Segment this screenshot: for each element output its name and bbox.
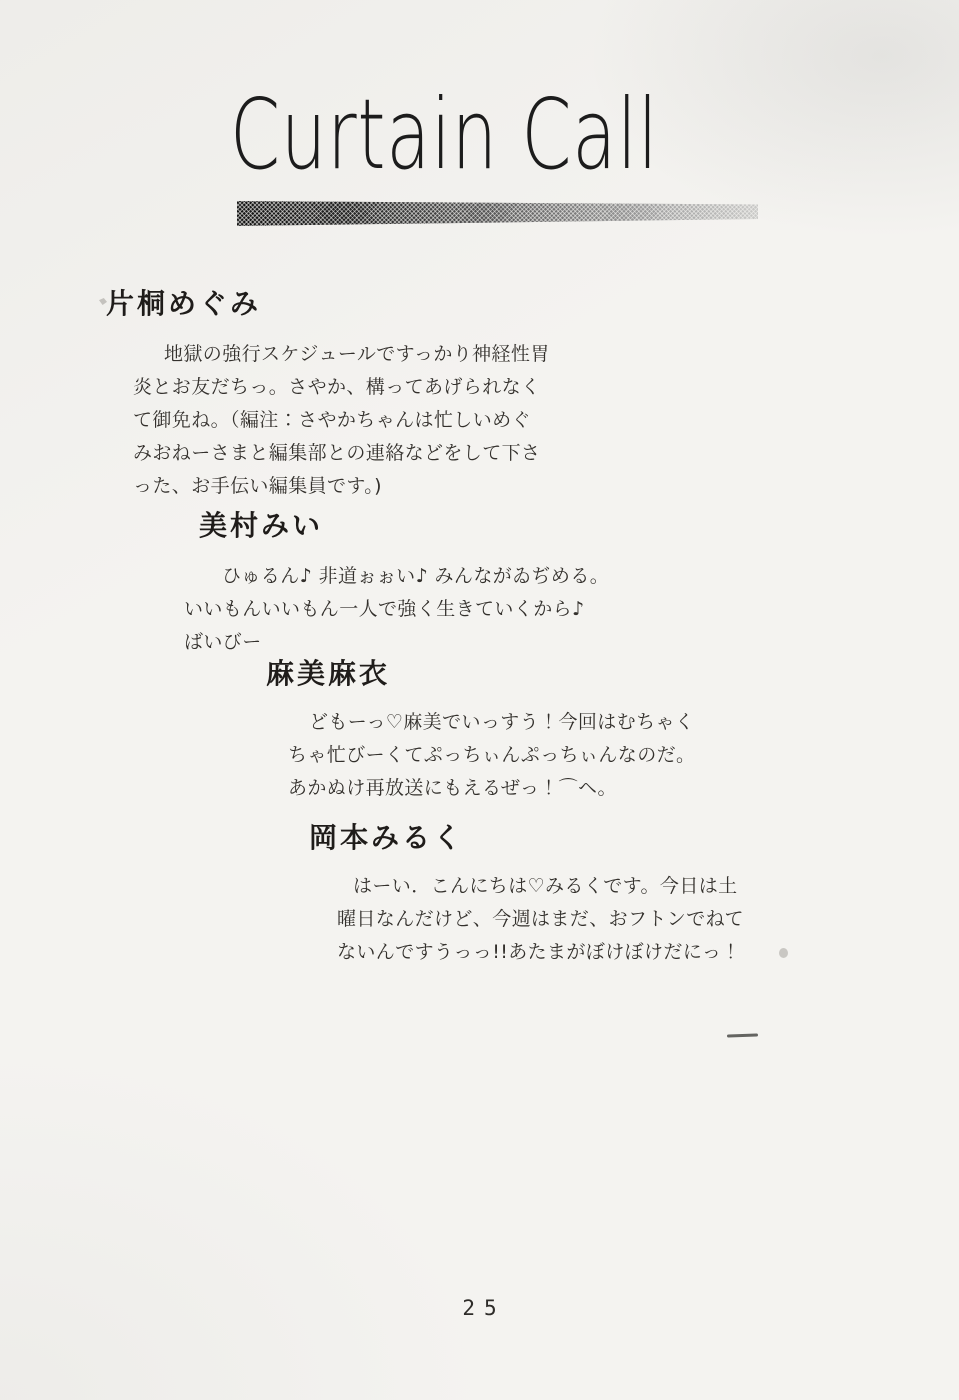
section-okamoto-miruku: 岡本みるく はーい．こんにちは♡みるくです。今日は土 曜日なんだけど、今週はまだ… — [309, 816, 464, 856]
author-comment: はーい．こんにちは♡みるくです。今日は土 曜日なんだけど、今週はまだ、おフトンで… — [337, 870, 744, 969]
comment-line: 炎とお友だちっ。さやか、構ってあげられなく — [133, 371, 550, 404]
comment-line: て御免ね。（編注：さやかちゃんは忙しいめぐ — [133, 404, 550, 437]
comment-line: みおねーさまと編集部との連絡などをして下さ — [133, 437, 550, 470]
scanned-afterword-page: Curtain Call 片桐めぐみ 地獄の強行スケジュールですっかり神経性胃 … — [0, 0, 959, 1400]
comment-line: ないんですうっっ!!あたまがぼけぼけだにっ！ — [337, 936, 744, 969]
page-title: Curtain Call — [230, 84, 658, 186]
author-comment: 地獄の強行スケジュールですっかり神経性胃 炎とお友だちっ。さやか、構ってあげられ… — [133, 338, 550, 503]
comment-line: ばいびー — [184, 626, 609, 659]
title-gradient-underline — [237, 201, 758, 226]
section-katagiri-megumi: 片桐めぐみ 地獄の強行スケジュールですっかり神経性胃 炎とお友だちっ。さやか、構… — [106, 282, 261, 322]
comment-line: った、お手伝い編集員です。) — [133, 470, 550, 503]
comment-line: 曜日なんだけど、今週はまだ、おフトンでねて — [337, 903, 744, 936]
comment-line: ひゅるん♪ 非道ぉぉい♪ みんながゐぢめる。 — [184, 560, 609, 593]
author-name: 美村みい — [199, 504, 323, 544]
comment-line: ちゃ忙びーくてぷっちぃんぷっちぃんなのだ。 — [288, 739, 695, 772]
section-asami-mai: 麻美麻衣 どもーっ♡麻美でいっすう！今回はむちゃく ちゃ忙びーくてぷっちぃんぷっ… — [266, 652, 390, 692]
author-name: 麻美麻衣 — [266, 652, 390, 692]
comment-line: はーい．こんにちは♡みるくです。今日は土 — [337, 870, 744, 903]
author-name: 岡本みるく — [309, 816, 464, 856]
page-number: 25 — [0, 1296, 959, 1320]
stray-scan-mark-dash — [727, 1033, 758, 1037]
comment-line: いいもんいいもん一人で強く生きていくから♪ — [184, 593, 609, 626]
comment-line: どもーっ♡麻美でいっすう！今回はむちゃく — [288, 706, 695, 739]
stray-scan-speck — [779, 948, 788, 958]
comment-line: あかぬけ再放送にもえるぜっ！⌒ヘ。 — [288, 772, 695, 805]
author-name: 片桐めぐみ — [106, 282, 261, 322]
section-mimura-mii: 美村みい ひゅるん♪ 非道ぉぉい♪ みんながゐぢめる。 いいもんいいもん一人で強… — [199, 504, 323, 544]
author-comment: ひゅるん♪ 非道ぉぉい♪ みんながゐぢめる。 いいもんいいもん一人で強く生きてい… — [184, 560, 609, 659]
comment-line: 地獄の強行スケジュールですっかり神経性胃 — [133, 338, 550, 371]
author-comment: どもーっ♡麻美でいっすう！今回はむちゃく ちゃ忙びーくてぷっちぃんぷっちぃんなの… — [288, 706, 695, 805]
